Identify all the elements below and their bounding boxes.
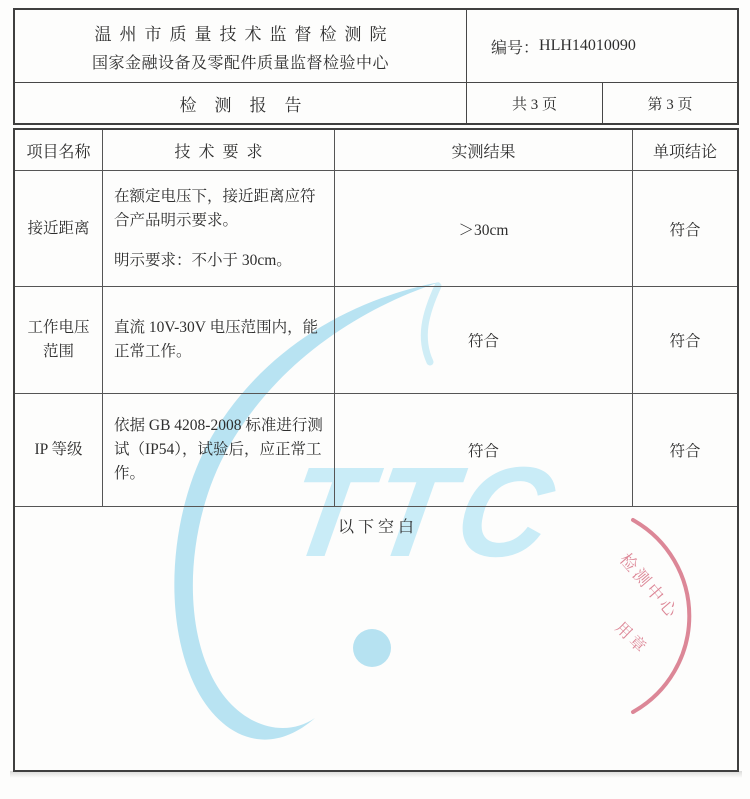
report-page: TTC 温州市质量技术监督检测院 国家金融设备及零配件质量监督检验中心 编号： … <box>0 0 750 799</box>
row3-item-name: IP 等级 <box>15 394 103 507</box>
issuing-organization: 温州市质量技术监督检测院 国家金融设备及零配件质量监督检验中心 <box>15 10 467 83</box>
column-header-item: 项目名称 <box>15 130 103 171</box>
row1-conclusion: 符合 <box>633 171 737 287</box>
row3-requirement-para1: 依据 GB 4208-2008 标准进行测试（IP54），试验后，应正常工作。 <box>114 414 323 486</box>
row2-item-name: 工作电压范围 <box>15 287 103 394</box>
column-header-requirement: 技术要求 <box>103 130 335 171</box>
row1-technical-requirement: 在额定电压下，接近距离应符合产品明示要求。 明示要求：不小于 30cm。 <box>103 171 335 287</box>
row2-conclusion: 符合 <box>633 287 737 394</box>
report-title: 检测报告 <box>15 83 467 123</box>
blank-below-note: 以下空白 <box>15 507 737 770</box>
report-number-value: HLH14010090 <box>539 37 636 55</box>
row1-item-name: 接近距离 <box>15 171 103 287</box>
column-header-conclusion: 单项结论 <box>633 130 737 171</box>
organization-name-line2: 国家金融设备及零配件质量监督检验中心 <box>92 50 389 73</box>
row1-requirement-para2: 明示要求：不小于 30cm。 <box>114 249 323 273</box>
row1-requirement-para1: 在额定电压下，接近距离应符合产品明示要求。 <box>114 185 323 233</box>
test-results-table: 项目名称 技术要求 实测结果 单项结论 接近距离 在额定电压下，接近距离应符合产… <box>13 128 739 772</box>
row1-measured-result: ＞30cm <box>335 171 633 287</box>
report-number-label: 编号： <box>491 35 539 58</box>
row2-technical-requirement: 直流 10V-30V 电压范围内，能正常工作。 <box>103 287 335 394</box>
column-header-result: 实测结果 <box>335 130 633 171</box>
row3-conclusion: 符合 <box>633 394 737 507</box>
organization-name-line1: 温州市质量技术监督检测院 <box>87 20 395 45</box>
current-page: 第 3 页 <box>603 83 737 123</box>
row2-requirement-para1: 直流 10V-30V 电压范围内，能正常工作。 <box>114 316 323 364</box>
row3-measured-result: 符合 <box>335 394 633 507</box>
row3-technical-requirement: 依据 GB 4208-2008 标准进行测试（IP54），试验后，应正常工作。 <box>103 394 335 507</box>
report-header: 温州市质量技术监督检测院 国家金融设备及零配件质量监督检验中心 编号： HLH1… <box>13 8 739 125</box>
row2-measured-result: 符合 <box>335 287 633 394</box>
paper-bottom-shadow <box>10 771 742 778</box>
report-number-cell: 编号： HLH14010090 <box>467 10 737 83</box>
total-pages: 共 3 页 <box>467 83 603 123</box>
